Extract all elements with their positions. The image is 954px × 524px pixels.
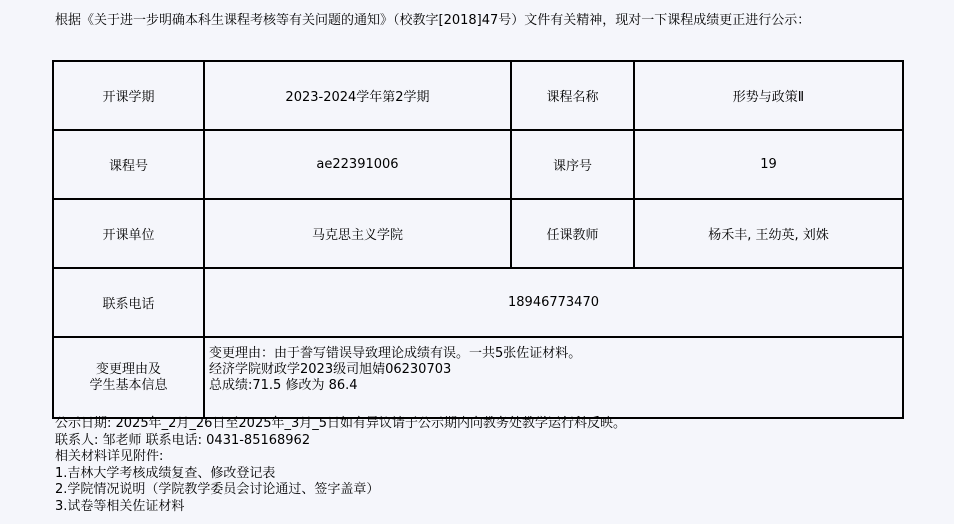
semester-label: 开课学期 xyxy=(53,61,204,130)
contact-info: 联系人: 邹老师 联系电话: 0431-85168962 xyxy=(55,433,935,450)
semester-value: 2023-2024学年第2学期 xyxy=(204,61,511,130)
course-number-label: 课程号 xyxy=(53,130,204,199)
phone-label: 联系电话 xyxy=(53,268,204,337)
announcement-date: 公示日期: 2025年_2月_26日至2025年_3月_5日如有异议请于公示期内… xyxy=(55,416,935,433)
announcement-footer: 公示日期: 2025年_2月_26日至2025年_3月_5日如有异议请于公示期内… xyxy=(55,416,935,515)
instructor-value: 杨禾丰, 王幼英, 刘姝 xyxy=(634,199,903,268)
attachment-item: 1.吉林大学考核成绩复查、修改登记表 xyxy=(55,466,935,483)
course-name-value: 形势与政策Ⅱ xyxy=(634,61,903,130)
course-number-value: ae22391006 xyxy=(204,130,511,199)
phone-value: 18946773470 xyxy=(204,268,903,337)
course-name-label: 课程名称 xyxy=(511,61,634,130)
attachment-item: 3.试卷等相关佐证材料 xyxy=(55,499,935,516)
department-value: 马克思主义学院 xyxy=(204,199,511,268)
table-row: 开课学期 2023-2024学年第2学期 课程名称 形势与政策Ⅱ xyxy=(53,61,903,130)
department-label: 开课单位 xyxy=(53,199,204,268)
section-number-value: 19 xyxy=(634,130,903,199)
reason-label: 变更理由及 学生基本信息 xyxy=(53,337,204,418)
table-row: 联系电话 18946773470 xyxy=(53,268,903,337)
reason-label-line1: 变更理由及 xyxy=(54,362,203,378)
intro-text: 根据《关于进一步明确本科生课程考核等有关问题的通知》（校教字[2018]47号）… xyxy=(55,13,935,29)
instructor-label: 任课教师 xyxy=(511,199,634,268)
reason-label-line2: 学生基本信息 xyxy=(54,378,203,394)
change-reason: 变更理由：由于誊写错误导致理论成绩有误。一共5张佐证材料。 xyxy=(209,346,902,362)
table-row: 变更理由及 学生基本信息 变更理由：由于誊写错误导致理论成绩有误。一共5张佐证材… xyxy=(53,337,903,418)
attachments-heading: 相关材料详见附件: xyxy=(55,449,935,466)
section-number-label: 课序号 xyxy=(511,130,634,199)
grade-correction-table: 开课学期 2023-2024学年第2学期 课程名称 形势与政策Ⅱ 课程号 ae2… xyxy=(52,60,904,419)
reason-content: 变更理由：由于誊写错误导致理论成绩有误。一共5张佐证材料。 经济学院财政学202… xyxy=(204,337,903,418)
student-info: 经济学院财政学2023级司旭婧06230703 xyxy=(209,362,902,378)
grade-change: 总成绩:71.5 修改为 86.4 xyxy=(209,378,902,394)
attachment-item: 2.学院情况说明（学院教学委员会讨论通过、签字盖章） xyxy=(55,482,935,499)
table-row: 课程号 ae22391006 课序号 19 xyxy=(53,130,903,199)
table-row: 开课单位 马克思主义学院 任课教师 杨禾丰, 王幼英, 刘姝 xyxy=(53,199,903,268)
